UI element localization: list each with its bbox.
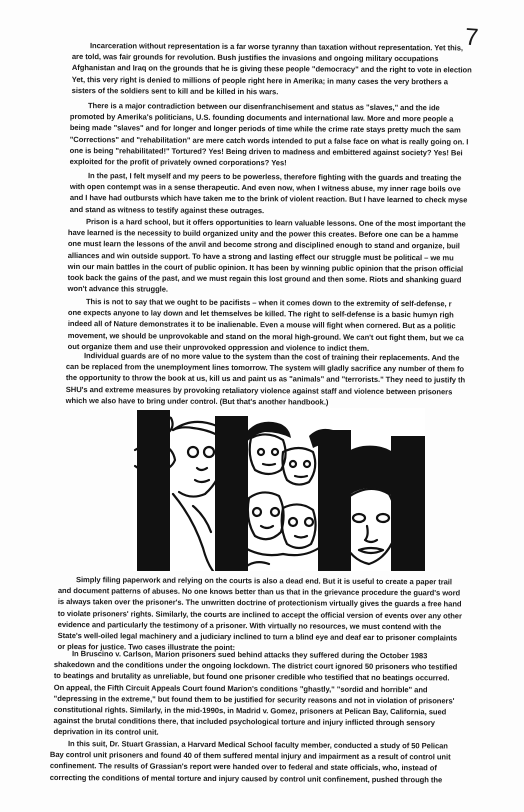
paragraph-in-the-past: In the past, I felt myself and my peers … xyxy=(70,170,524,218)
paragraph-grassian-study: In this suit, Dr. Stuart Grassian, a Har… xyxy=(50,738,514,786)
illustration-artwork xyxy=(133,408,425,571)
text-line: sisters of the soldiers sent to kill and… xyxy=(72,85,524,99)
prisoners-behind-bars-illustration xyxy=(133,408,425,571)
paragraph-individual-guards: Individual guards are of no more value t… xyxy=(66,350,524,409)
paragraph-contradiction: There is a major contradiction between o… xyxy=(70,100,524,170)
paragraph-filing-paperwork: Simply filing paperwork and relying on t… xyxy=(58,574,520,655)
paragraph-not-pacifists: This is not to say that we ought to be p… xyxy=(68,296,524,355)
paragraph-incarceration: Incarceration without representation is … xyxy=(72,40,524,99)
paragraph-bruscino-case: In Bruscino v. Carlson, Marion prisoners… xyxy=(53,648,516,740)
text-line: which we also have to bring under contro… xyxy=(66,395,524,409)
text-line: correcting the conditions of mental tort… xyxy=(50,772,514,786)
document-page: 7 Incarceration without representation i… xyxy=(0,0,524,812)
paragraph-prison-hard-school: Prison is a hard school, but it offers o… xyxy=(68,216,524,297)
